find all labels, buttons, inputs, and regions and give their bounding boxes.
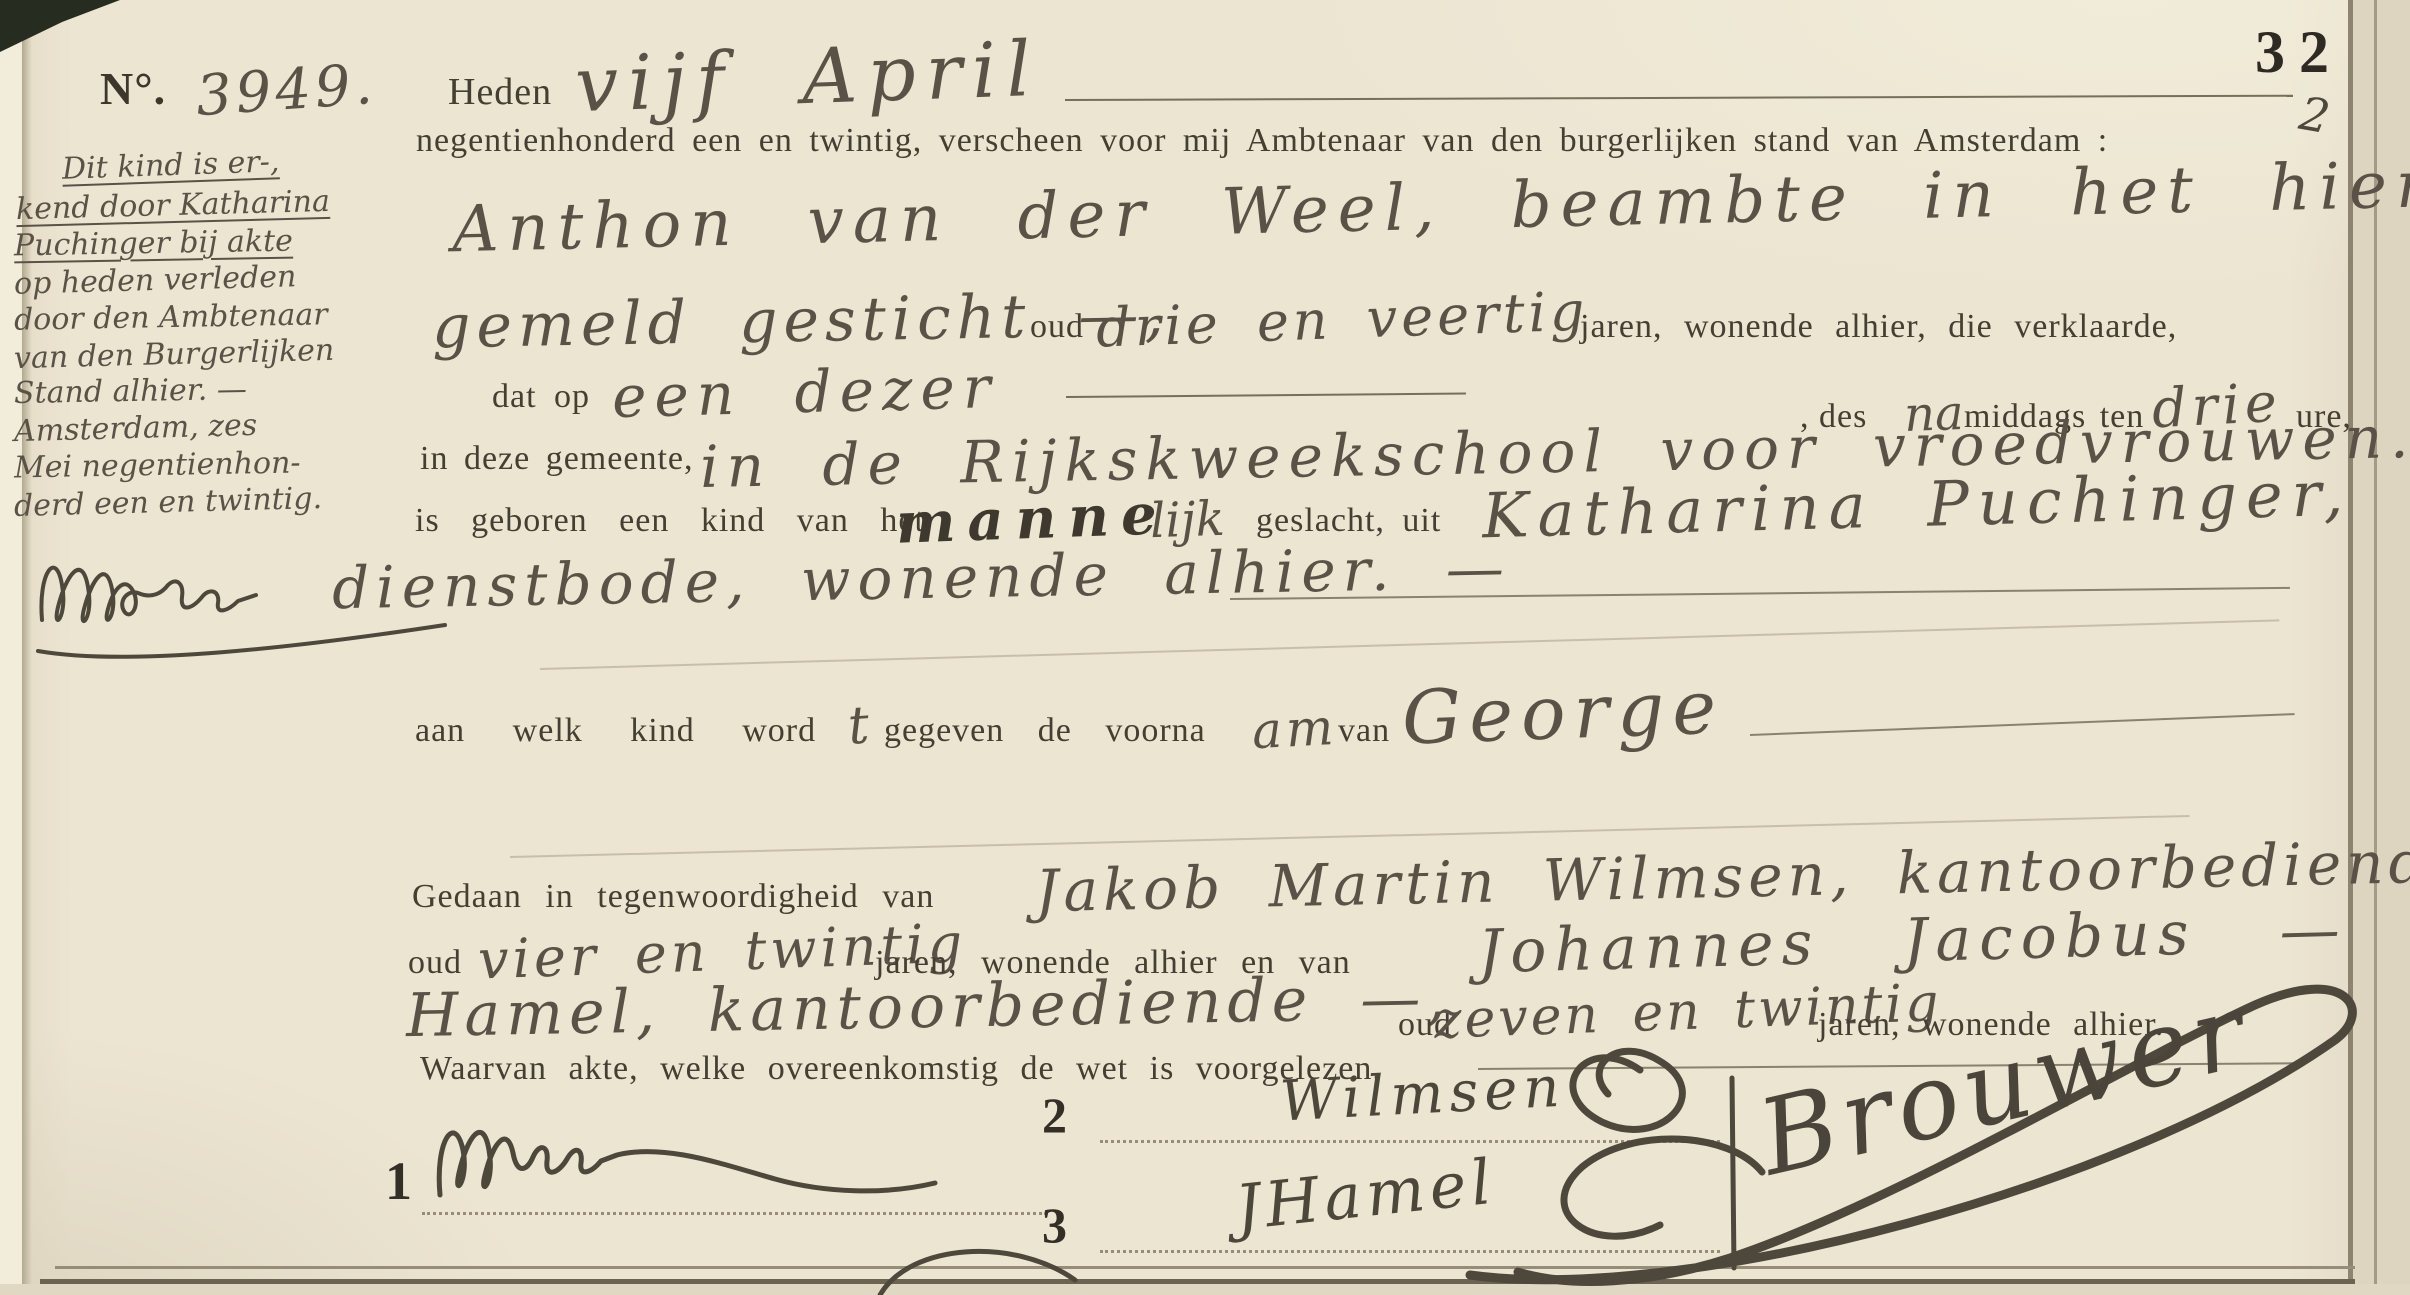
child-name-handwritten: George	[1401, 664, 1726, 761]
act-number-label: N°.	[100, 62, 166, 115]
signature-number-2: 2	[1042, 1086, 1068, 1144]
oud-label-2: oud	[408, 944, 462, 982]
intro-line: negentienhonderd een en twintig, versche…	[416, 122, 2108, 160]
birth-certificate-page: 32 N°. 3949. Dit kind is er-, kend door …	[0, 0, 2410, 1295]
declarant-line-1: Anthon van der Weel, beambte in het hier…	[451, 143, 2410, 267]
margin-note-line-2: kend door Katharina	[16, 184, 331, 227]
declarant-signature	[425, 1095, 1005, 1225]
childname-rule	[1750, 713, 2295, 736]
margin-note-line-5: door den Ambtenaar	[14, 297, 328, 337]
signature-number-1: 1	[385, 1150, 413, 1212]
margin-note-line-6: van den Burgerlijken	[14, 333, 335, 376]
heden-label: Heden	[448, 70, 552, 114]
name-am-handwritten: am	[1251, 698, 1339, 760]
witness-clause: Gedaan in tegenwoordigheid van	[412, 878, 934, 916]
name-t-handwritten: t	[846, 695, 871, 756]
margin-note-line-7: Stand alhier. —	[14, 372, 247, 411]
name-clause-2: gegeven de voorna	[884, 712, 1206, 750]
registrar-signature-name: Brouwer	[1746, 968, 2261, 1199]
gap-rule-1	[540, 619, 2279, 669]
birthday-rule	[1066, 393, 1466, 398]
birthday-handwritten: een dezer	[611, 353, 999, 431]
heden-rule	[1065, 95, 2293, 101]
dat-op-label: dat op	[492, 378, 590, 416]
name-clause-3: van	[1338, 712, 1390, 750]
closing-clause: Waarvan akte, welke overeenkomstig de we…	[420, 1050, 1382, 1088]
act-number-value: 3949.	[194, 52, 378, 129]
folio-number: 32	[2255, 18, 2343, 87]
margin-note-line-1: Dit kind is er-,	[61, 144, 279, 187]
registrar-signature: Brouwer	[1430, 970, 2390, 1295]
next-entry-flourish	[865, 1235, 1095, 1295]
declarant-suffix: jaren, wonende alhier, die verklaarde,	[1580, 308, 2177, 346]
gemeente-label: in deze gemeente,	[420, 440, 693, 478]
margin-note-line-4: op heden verleden	[14, 259, 297, 301]
name-clause-1: aan welk kind word	[415, 712, 816, 750]
signature-line-1	[422, 1212, 1047, 1215]
margin-note-line-3: Puchinger bij akte	[14, 224, 293, 264]
mother-occupation-handwritten: dienstbode, wonende alhier. —	[331, 534, 1511, 623]
margin-note-line-8: Amsterdam, zes	[14, 408, 258, 449]
margin-note-line-10: derd een en twintig.	[14, 481, 323, 524]
geslacht-label: geslacht, uit	[1256, 502, 1441, 540]
geboren-label: is geboren een kind van het	[415, 502, 925, 540]
intro-mark: 2	[2296, 86, 2334, 144]
date-handwritten: vijf April	[574, 24, 1042, 129]
oud-label-1: oud	[1030, 308, 1084, 346]
declarant-age: drie en veertig	[1095, 279, 1589, 359]
margin-note-line-9: Mei negentienhon-	[14, 446, 301, 486]
